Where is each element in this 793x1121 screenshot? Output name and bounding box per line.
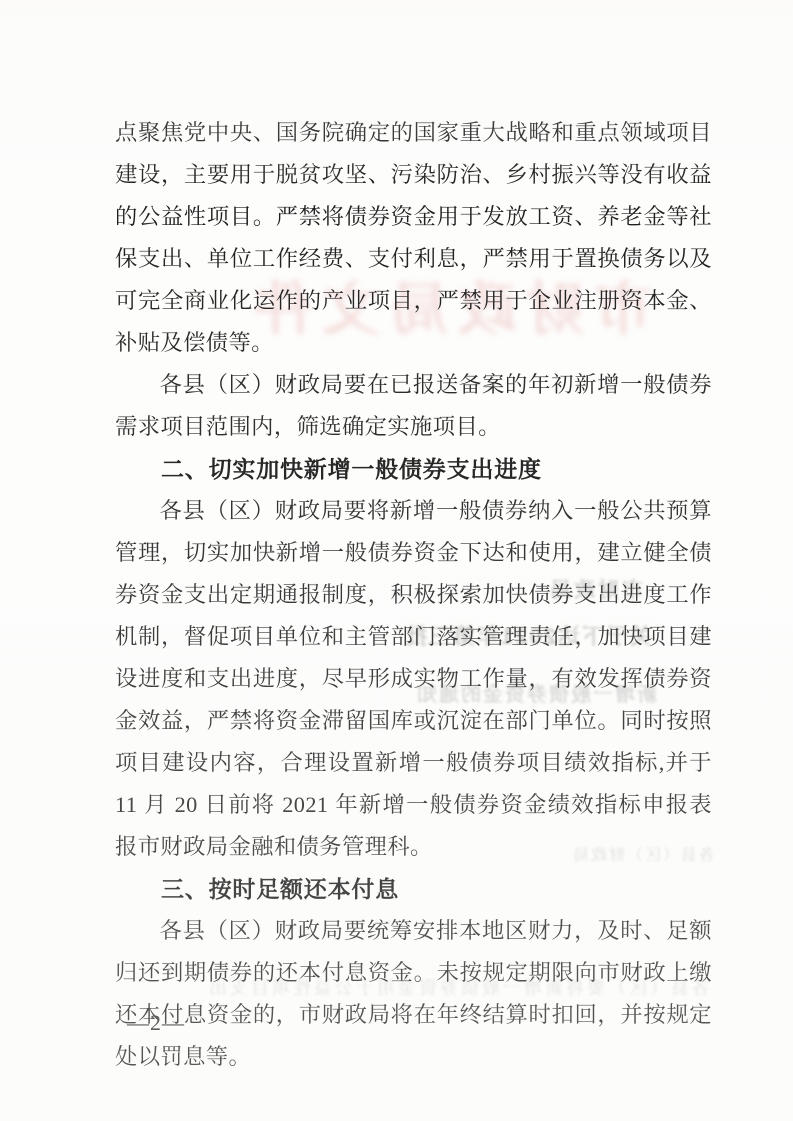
section-heading-2: 二、切实加快新增一般债券支出进度 bbox=[115, 448, 712, 490]
paragraph-repayment: 各县（区）财政局要统筹安排本地区财力，及时、足额归还到期债券的还本付息资金。未按… bbox=[115, 910, 712, 1078]
paragraph-expenditure-progress: 各县（区）财政局要将新增一般债券纳入一般公共预算管理，切实加快新增一般债券资金下… bbox=[115, 490, 712, 868]
scanned-document-page: 市财政局文件 市财政局 关于下达2021年第三批 新增一般债券资金的通知 各县（… bbox=[0, 0, 793, 1121]
section-heading-3: 三、按时足额还本付息 bbox=[115, 868, 712, 910]
paragraph-project-selection: 各县（区）财政局要在已报送备案的年初新增一般债券需求项目范围内，筛选确定实施项目… bbox=[115, 364, 712, 448]
paragraph-bond-usage-restrictions: 点聚焦党中央、国务院确定的国家重大战略和重点领域项目建设，主要用于脱贫攻坚、污染… bbox=[115, 112, 712, 364]
page-number: —2— bbox=[127, 1010, 185, 1036]
document-body: 点聚焦党中央、国务院确定的国家重大战略和重点领域项目建设，主要用于脱贫攻坚、污染… bbox=[115, 112, 712, 1078]
